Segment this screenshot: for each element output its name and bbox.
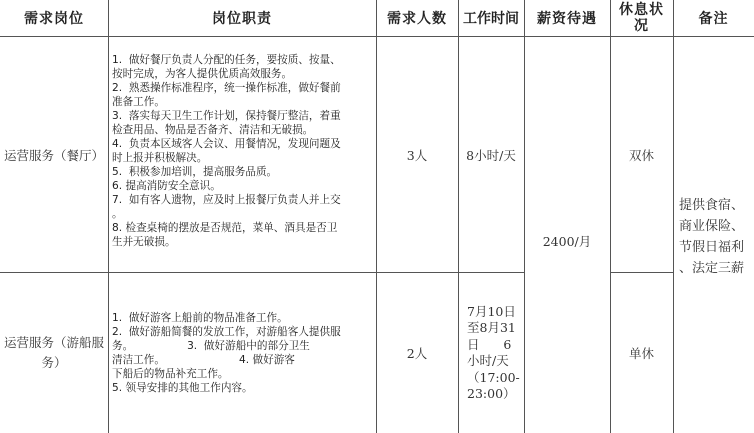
row1-hours: 8小时/天 (458, 37, 524, 272)
row1-duties: 1. 做好餐厅负责人分配的任务，要按质、按量、 按时完成，为客人提供优质高效服务… (109, 53, 376, 249)
header-headcount: 需求人数 (376, 0, 458, 36)
header-duties: 岗位职责 (108, 0, 376, 36)
header-rest: 休息状 况 (610, 0, 673, 36)
row1-headcount: 3人 (376, 37, 458, 272)
row1-rest: 双休 (610, 37, 673, 272)
row2-headcount: 2人 (376, 273, 458, 433)
row1-position: 运营服务（餐厅） (0, 37, 108, 272)
row2-position: 运营服务（游船服 务） (0, 273, 108, 433)
header-remarks: 备注 (673, 0, 754, 36)
header-hours: 工作时间 (458, 0, 524, 36)
header-salary: 薪资待遇 (524, 0, 610, 36)
header-position: 需求岗位 (0, 0, 108, 36)
recruitment-table: 需求岗位 岗位职责 需求人数 工作时间 薪资待遇 休息状 况 备注 运营服务（餐… (0, 0, 754, 433)
row2-rest: 单休 (610, 273, 673, 433)
row2-hours: 7月10日 至8月31 日 6 小时/天 （17:00- 23:00） (458, 273, 524, 433)
remarks-cell: 提供食宿、 商业保险、 节假日福利 、法定三薪 (673, 195, 754, 285)
row2-duties: 1. 做好游客上船前的物品准备工作。 2. 做好游船简餐的发放工作，对游船客人提… (109, 311, 376, 395)
salary-cell: 2400/月 (524, 37, 610, 433)
